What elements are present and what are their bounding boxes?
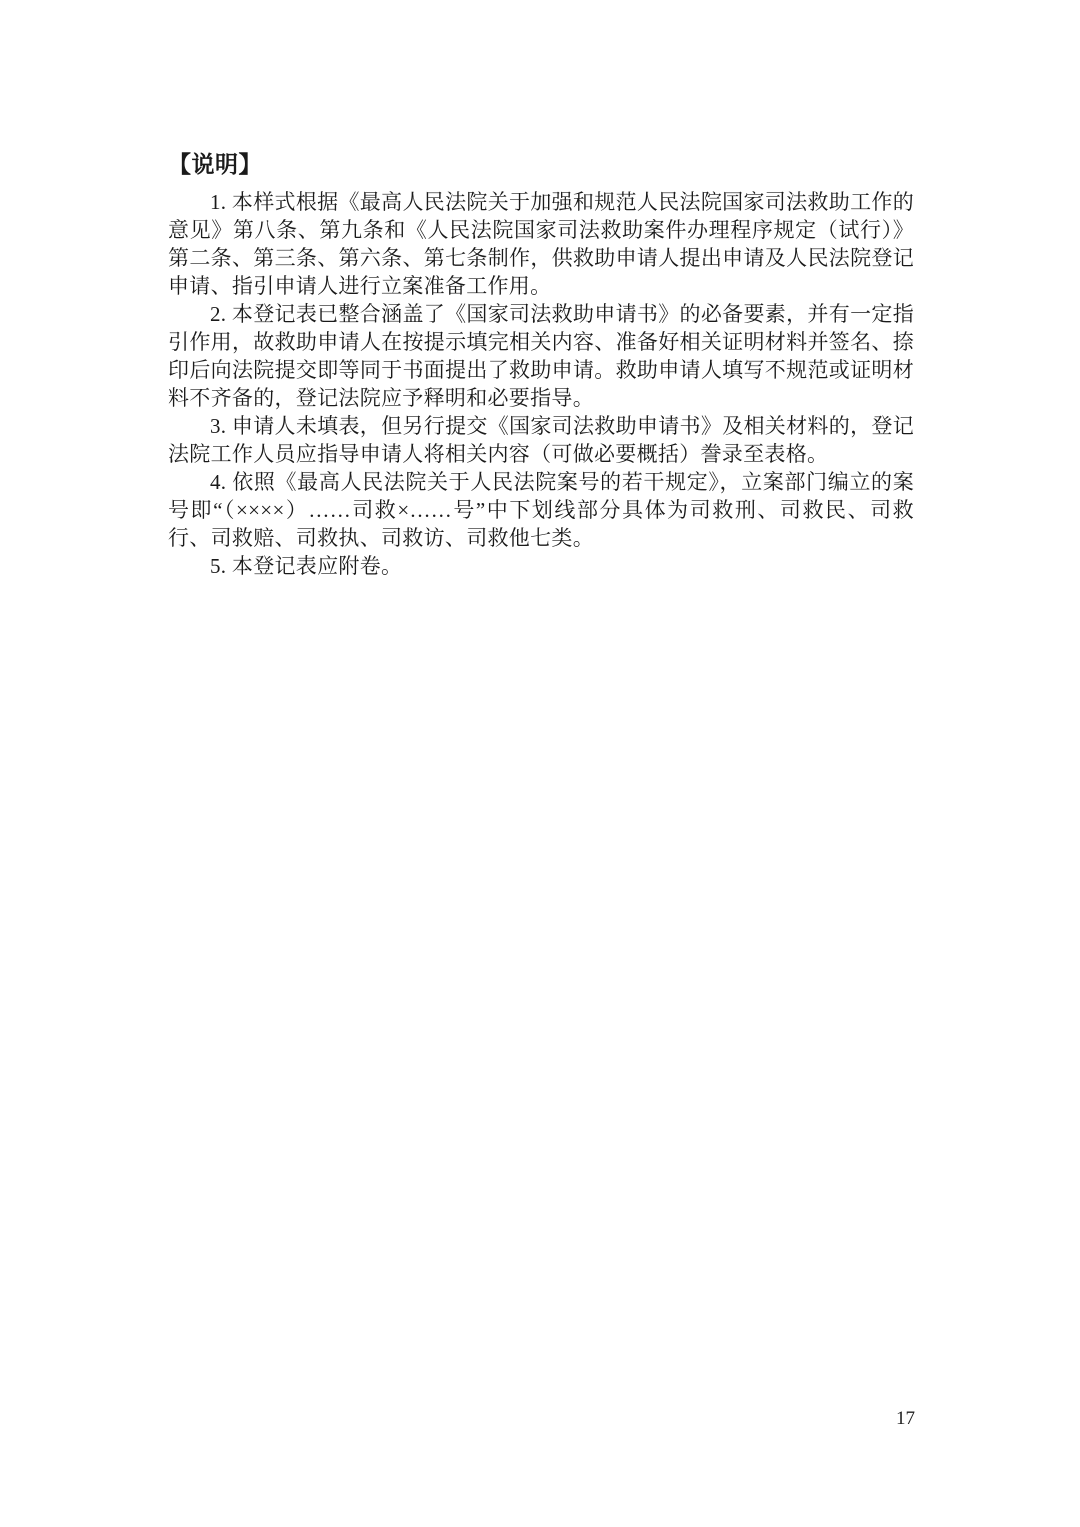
paragraph-4: 4. 依照《最高人民法院关于人民法院案号的若干规定》，立案部门编立的案号即“（×…	[168, 468, 914, 552]
document-page: 【说明】 1. 本样式根据《最高人民法院关于加强和规范人民法院国家司法救助工作的…	[0, 0, 1080, 1527]
paragraph-5: 5. 本登记表应附卷。	[168, 552, 914, 580]
paragraph-2: 2. 本登记表已整合涵盖了《国家司法救助申请书》的必备要素，并有一定指引作用，故…	[168, 300, 914, 412]
document-body: 【说明】 1. 本样式根据《最高人民法院关于加强和规范人民法院国家司法救助工作的…	[168, 150, 914, 580]
section-title: 【说明】	[168, 150, 914, 180]
paragraph-1: 1. 本样式根据《最高人民法院关于加强和规范人民法院国家司法救助工作的意见》第八…	[168, 188, 914, 300]
paragraph-3: 3. 申请人未填表，但另行提交《国家司法救助申请书》及相关材料的，登记法院工作人…	[168, 412, 914, 468]
page-number: 17	[896, 1406, 915, 1432]
